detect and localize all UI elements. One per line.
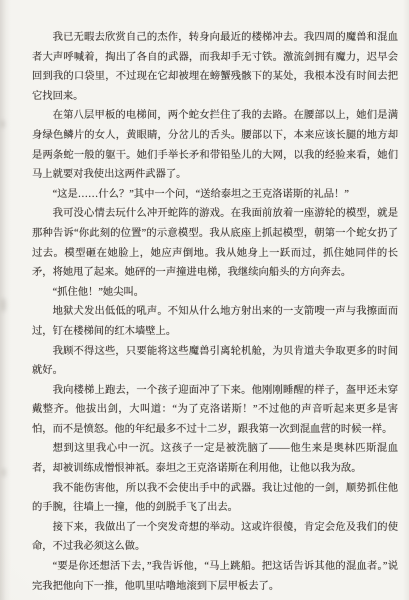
paragraph: 我不能伤害他，所以我不会使出手中的武器。我让过他的一剑，顺势抓住他的手腕，往墙上… bbox=[32, 479, 398, 518]
body-text: 我已无暇去欣赏自己的杰作，转身向最近的楼梯冲去。我四周的魔兽和混血者大声呼喊着，… bbox=[32, 28, 398, 596]
paragraph: 想到这里我心中一沉。这孩子一定是被洗脑了——他生来是奥林匹斯混血者，却被训练成憎… bbox=[32, 439, 398, 478]
paragraph: 我可没心情去玩什么冲开蛇阵的游戏。在我面前放着一座游轮的模型，就是那种告诉“你此… bbox=[32, 204, 398, 282]
scan-smudge bbox=[1, 120, 5, 128]
paragraph-dialogue: “抓住他！”她尖叫。 bbox=[32, 283, 398, 303]
scan-smudge bbox=[2, 468, 6, 477]
book-page: 我已无暇去欣赏自己的杰作，转身向最近的楼梯冲去。我四周的魔兽和混血者大声呼喊着，… bbox=[0, 0, 409, 600]
paragraph: 地狱犬发出低低的吼声。不知从什么地方射出来的一支箭嗖一声与我擦面而过，钉在楼梯间… bbox=[32, 302, 398, 341]
paragraph: 我已无暇去欣赏自己的杰作，转身向最近的楼梯冲去。我四周的魔兽和混血者大声呼喊着，… bbox=[32, 28, 398, 106]
paragraph: 接下来，我做出了一个突发奇想的举动。这或许很傻，肯定会危及我们的使命，不过我必须… bbox=[32, 518, 398, 557]
paragraph: 我顾不得这些，只要能将这些魔兽引离轮机舱，为贝肯道夫争取更多的时间就好。 bbox=[32, 342, 398, 381]
scan-smudge bbox=[1, 298, 6, 312]
paragraph: 我向楼梯上跑去，一个孩子迎面冲了下来。他刚刚睡醒的样子，盔甲还未穿戴整齐。他拔出… bbox=[32, 381, 398, 440]
paragraph-dialogue: “这是……什么？”其中一个问，“送给泰坦之王克洛诺斯的礼品！” bbox=[32, 185, 398, 205]
paragraph-dialogue: “要是你还想活下去，”我告诉他，“马上跳船。把这话告诉其他的混血者。”说完我把他… bbox=[32, 557, 398, 596]
scan-edge-shadow-right bbox=[403, 0, 409, 600]
paragraph: 在第八层甲板的电梯间，两个蛇女拦住了我的去路。在腰部以上，她们是满身绿色鳞片的女… bbox=[32, 106, 398, 184]
